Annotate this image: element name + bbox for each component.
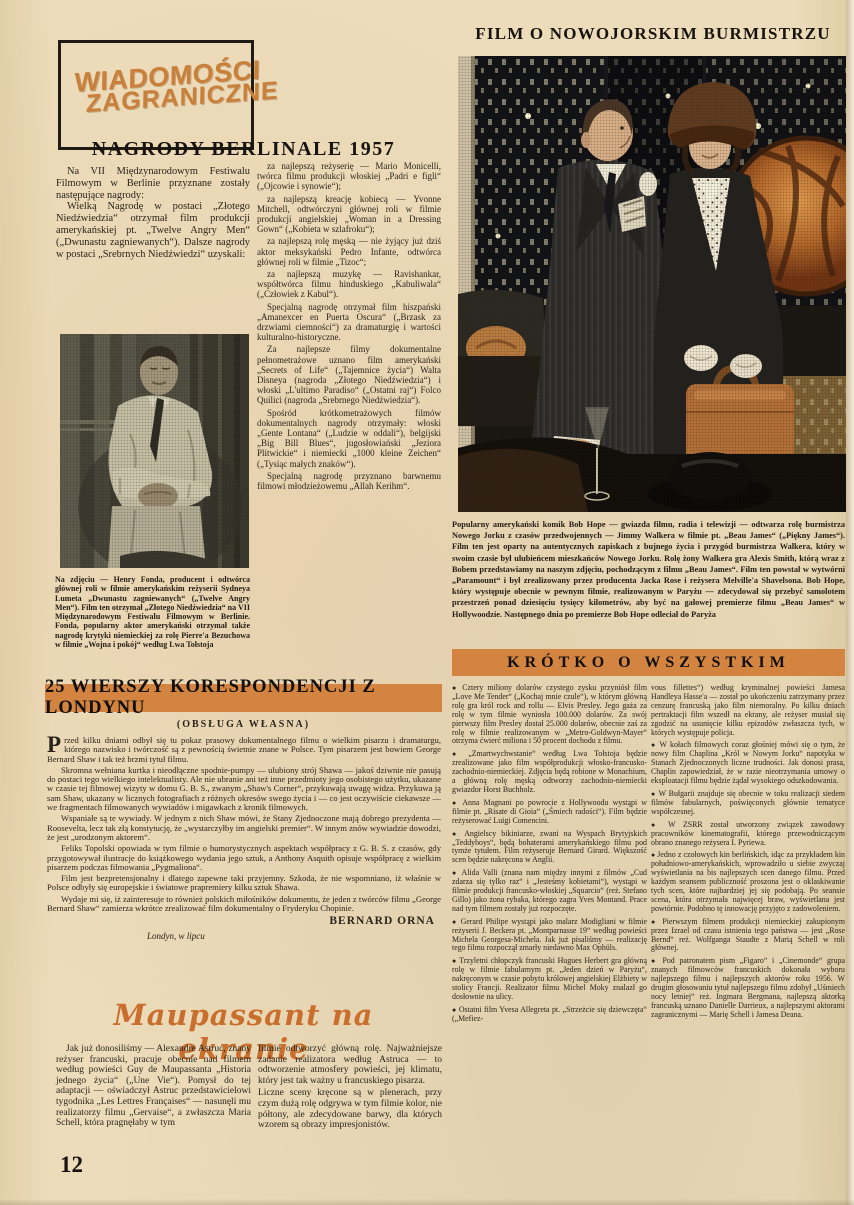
author-signature: BERNARD ORNA [47, 917, 441, 926]
news-brief: Pierwszym filmem produkcji niemieckiej z… [651, 918, 845, 954]
news-brief: Pod patronatem pism „Figaro“ i „Cinemond… [651, 957, 845, 1019]
article-paragraph: Wspaniałe są te wywiady. W jednym z nich… [47, 814, 441, 842]
article-paragraph: Na VII Międzynarodowym Festiwalu Filmowy… [56, 166, 250, 201]
top-headline: FILM O NOWOJORSKIM BURMISTRZU [462, 24, 844, 44]
article-paragraph: Jak już donosiliśmy — Alexandre Astruc, … [56, 1044, 251, 1129]
news-brief: Alida Valli (znana nam między innymi z f… [452, 869, 647, 914]
news-brief: Gerard Philipe wystąpi jako malarz Modig… [452, 918, 647, 954]
page-number: 12 [60, 1152, 83, 1178]
article-paragraph: Skromna wełniana kurtka i nieodłączne sp… [47, 766, 441, 812]
news-brief: Trzyletni chłopczyk francuski Hugues Her… [452, 957, 647, 1002]
news-brief: W kołach filmowych coraz głośniej mówi s… [651, 741, 845, 786]
article-paragraph: Specjalną nagrodę otrzymał film hiszpańs… [257, 302, 441, 343]
article-paragraph: Przed kilku dniami odbył się tu pokaz pr… [47, 736, 441, 764]
article-paragraph: Film jest bezpretensjonalny i dlatego za… [47, 874, 441, 893]
article-paragraph: Liczne sceny kręcone są w plenerach, prz… [258, 1088, 442, 1130]
shorts-column-2-items: W kołach filmowych coraz głośniej mówi s… [651, 741, 845, 1019]
berlinale-column-1: Na VII Międzynarodowym Festiwalu Filmowy… [56, 166, 250, 260]
news-brief: Angielscy bikiniarze, zwani na Wyspach B… [452, 830, 647, 866]
bob-hope-photo-illustration [458, 56, 846, 512]
news-brief: Anna Magnani po powrocie z Hollywoodu wy… [452, 799, 647, 826]
maupassant-column-2: filmie odtworzyć główną rolę. Najważniej… [258, 1044, 442, 1133]
news-brief: „Zmartwychwstanie“ według Lwa Tołstoja b… [452, 750, 647, 795]
article-paragraph: Wielką Nagrodę w postaci „Złotego Niedźw… [56, 201, 250, 260]
page-right-edge [846, 0, 854, 1205]
london-article-body: Przed kilku dniami odbył się tu pokaz pr… [47, 736, 441, 941]
berlinale-title: NAGRODY BERLINALE 1957 [45, 138, 442, 161]
london-section-subtitle: (OBSŁUGA WŁASNA) [45, 719, 442, 730]
article-paragraph: Feliks Topolski opowiada w tym filmie o … [47, 844, 441, 872]
london-paragraphs: Skromna wełniana kurtka i nieodłączne sp… [47, 766, 441, 913]
news-brief-continuation: vous fillettes“) według kryminalnej powi… [651, 684, 845, 737]
foreign-news-logo: WIADOMOŚCI ZAGRANICZNE [58, 40, 254, 150]
news-brief: Jedno z czołowych kin berlińskich, idąc … [651, 851, 845, 913]
bob-hope-photo [458, 56, 846, 512]
shorts-section-header: KRÓTKO O WSZYSTKIM [452, 649, 845, 676]
article-paragraph: Spośród krótkometrażowych filmów dokumen… [257, 408, 441, 469]
article-paragraph: Specjalną nagrodę przyznano barwnemu fil… [257, 471, 441, 491]
news-brief: Ostatni film Yvesa Allegreta pt. „Strzeż… [452, 1006, 647, 1024]
shorts-column-2: vous fillettes“) według kryminalnej powi… [651, 684, 845, 1024]
shorts-column-1: Cztery miliony dolarów czystego zysku pr… [452, 684, 647, 1028]
london-section-header: 25 WIERSZY KORESPONDENCJI Z LONDYNU [45, 684, 442, 712]
article-paragraph: za najlepszą kreację kobiecą — Yvonne Mi… [257, 194, 441, 235]
drop-cap: P [47, 736, 61, 754]
article-paragraph: za najlepszą reżyserię — Mario Monicelli… [257, 161, 441, 192]
news-brief: W Bułgarii znajduje się obecnie w toku r… [651, 790, 845, 817]
article-paragraph: za najlepszą rolę męską — nie żyjący już… [257, 236, 441, 267]
henry-fonda-photo-illustration [60, 334, 249, 568]
news-brief: W ZSRR został utworzony związek zawodowy… [651, 821, 845, 848]
page-bottom-edge [0, 1199, 854, 1205]
henry-fonda-photo [60, 334, 249, 568]
magazine-page: WIADOMOŚCI ZAGRANICZNE FILM O NOWOJORSKI… [0, 0, 854, 1205]
article-paragraph: Za najlepsze filmy dokumentalne pełnomet… [257, 344, 441, 405]
berlinale-column-2: za najlepszą reżyserię — Mario Monicelli… [257, 161, 441, 493]
dateline: Londyn, w lipcu [147, 932, 441, 941]
article-paragraph: za najlepszą muzykę — Ravishankar, współ… [257, 269, 441, 300]
henry-fonda-caption: Na zdjęciu — Henry Fonda, producent i od… [55, 575, 250, 649]
article-paragraph: filmie odtworzyć główną rolę. Najważniej… [258, 1044, 442, 1086]
maupassant-column-1: Jak już donosiliśmy — Alexandre Astruc, … [56, 1044, 251, 1131]
article-paragraph: Wydaje mi się, iż zainteresuje to równie… [47, 895, 441, 914]
news-brief: Cztery miliony dolarów czystego zysku pr… [452, 684, 647, 746]
bob-hope-caption: Popularny amerykański komik Bob Hope — g… [452, 519, 845, 620]
